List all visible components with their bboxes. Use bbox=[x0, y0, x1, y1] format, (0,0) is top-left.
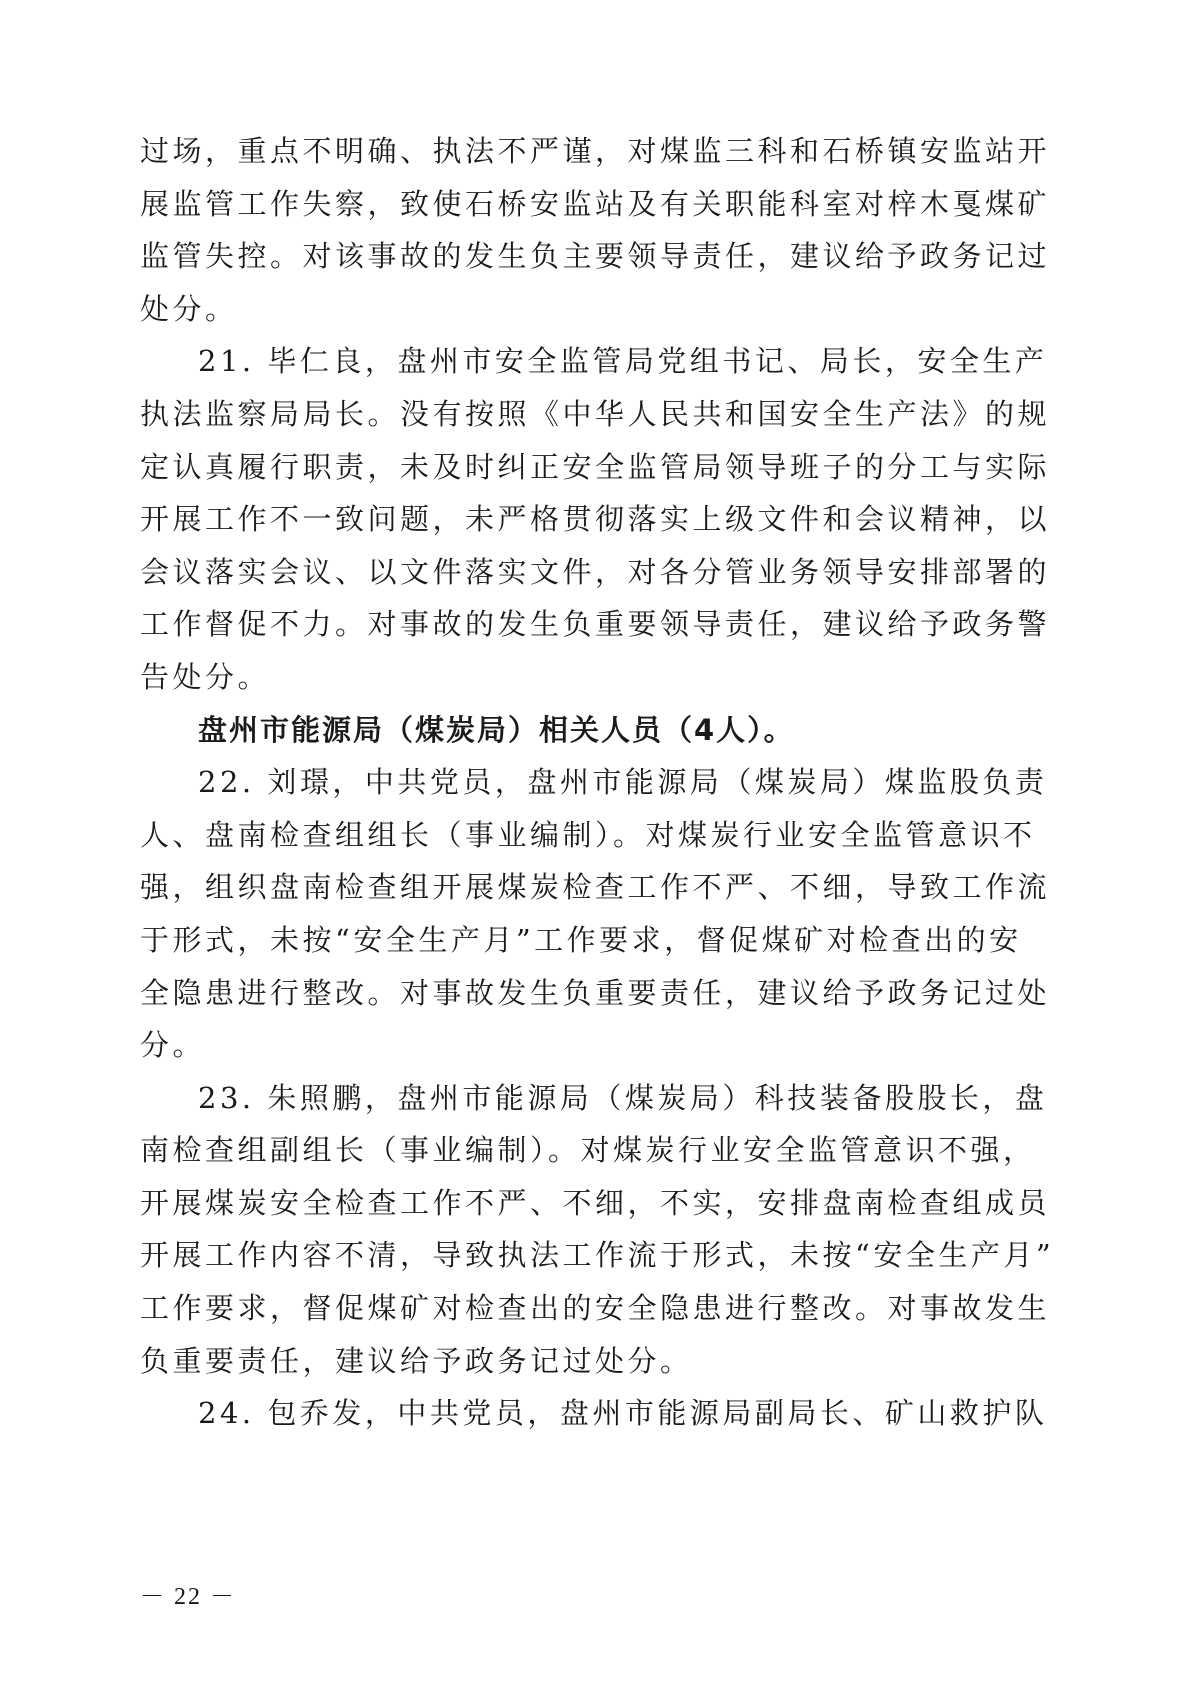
paragraph-item-22: 22. 刘璟，中共党员，盘州市能源局（煤炭局）煤监股负责 人、盘南检查组组长（事… bbox=[140, 756, 980, 1072]
section-heading: 盘州市能源局（煤炭局）相关人员（4人）。 bbox=[140, 704, 980, 757]
text-line: 告处分。 bbox=[140, 651, 980, 704]
text-line: 23. 朱照鹏，盘州市能源局（煤炭局）科技装备股股长，盘 bbox=[140, 1072, 980, 1125]
text-line: 分。 bbox=[140, 1019, 980, 1072]
text-line: 处分。 bbox=[140, 283, 980, 336]
text-line: 开展工作不一致问题，未严格贯彻落实上级文件和会议精神，以 bbox=[140, 493, 980, 546]
text-line: 监管失控。对该事故的发生负主要领导责任，建议给予政务记过 bbox=[140, 230, 980, 283]
text-line: 22. 刘璟，中共党员，盘州市能源局（煤炭局）煤监股负责 bbox=[140, 756, 980, 809]
text-line: 全隐患进行整改。对事故发生负重要责任，建议给予政务记过处 bbox=[140, 967, 980, 1020]
paragraph-item-23: 23. 朱照鹏，盘州市能源局（煤炭局）科技装备股股长，盘 南检查组副组长（事业编… bbox=[140, 1072, 980, 1388]
paragraph-item-21: 21. 毕仁良，盘州市安全监管局党组书记、局长，安全生产 执法监察局局长。没有按… bbox=[140, 335, 980, 703]
text-line: 21. 毕仁良，盘州市安全监管局党组书记、局长，安全生产 bbox=[140, 335, 980, 388]
text-line: 展监管工作失察，致使石桥安监站及有关职能科室对梓木戛煤矿 bbox=[140, 178, 980, 231]
text-line: 定认真履行职责，未及时纠正安全监管局领导班子的分工与实际 bbox=[140, 441, 980, 494]
page-number: － 22 － bbox=[140, 1576, 236, 1611]
text-line: 执法监察局局长。没有按照《中华人民共和国安全生产法》的规 bbox=[140, 388, 980, 441]
section-heading-text: 盘州市能源局（煤炭局）相关人员（4人）。 bbox=[140, 704, 980, 757]
text-line: 南检查组副组长（事业编制）。对煤炭行业安全监管意识不强， bbox=[140, 1124, 980, 1177]
text-line: 工作要求，督促煤矿对检查出的安全隐患进行整改。对事故发生 bbox=[140, 1282, 980, 1335]
document-page: 过场，重点不明确、执法不严谨，对煤监三科和石桥镇安监站开 展监管工作失察，致使石… bbox=[0, 0, 1199, 1696]
text-line: 于形式，未按“安全生产月”工作要求，督促煤矿对检查出的安 bbox=[140, 914, 980, 967]
paragraph-20-continuation: 过场，重点不明确、执法不严谨，对煤监三科和石桥镇安监站开 展监管工作失察，致使石… bbox=[140, 125, 980, 335]
text-line: 24. 包乔发，中共党员，盘州市能源局副局长、矿山救护队 bbox=[140, 1387, 980, 1440]
text-line: 开展工作内容不清，导致执法工作流于形式，未按“安全生产月” bbox=[140, 1229, 980, 1282]
document-body: 过场，重点不明确、执法不严谨，对煤监三科和石桥镇安监站开 展监管工作失察，致使石… bbox=[140, 125, 980, 1440]
text-line: 工作督促不力。对事故的发生负重要领导责任，建议给予政务警 bbox=[140, 598, 980, 651]
text-line: 强，组织盘南检查组开展煤炭检查工作不严、不细，导致工作流 bbox=[140, 861, 980, 914]
paragraph-item-24: 24. 包乔发，中共党员，盘州市能源局副局长、矿山救护队 bbox=[140, 1387, 980, 1440]
text-line: 开展煤炭安全检查工作不严、不细，不实，安排盘南检查组成员 bbox=[140, 1177, 980, 1230]
text-line: 人、盘南检查组组长（事业编制）。对煤炭行业安全监管意识不 bbox=[140, 809, 980, 862]
text-line: 会议落实会议、以文件落实文件，对各分管业务领导安排部署的 bbox=[140, 546, 980, 599]
text-line: 过场，重点不明确、执法不严谨，对煤监三科和石桥镇安监站开 bbox=[140, 125, 980, 178]
text-line: 负重要责任，建议给予政务记过处分。 bbox=[140, 1335, 980, 1388]
